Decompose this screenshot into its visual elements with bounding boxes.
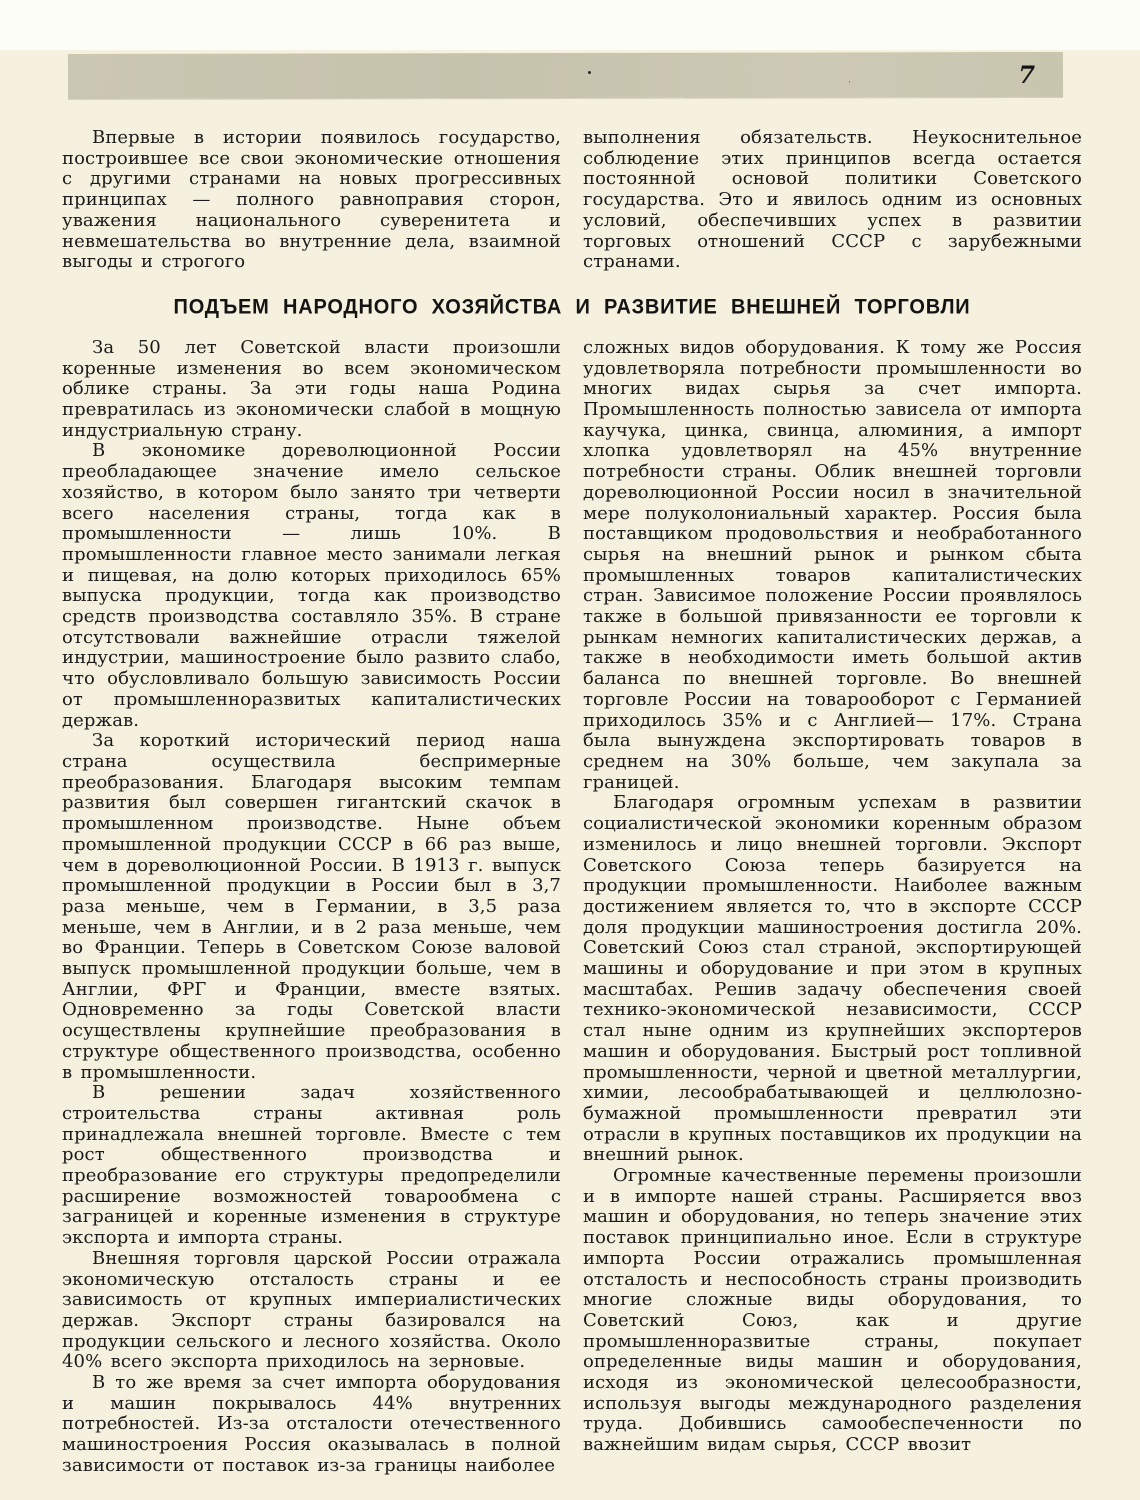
section-row: За 50 лет Советской власти произошли кор… (62, 338, 1082, 1477)
paragraph: За 50 лет Советской власти произошли кор… (62, 338, 561, 442)
scanned-book-page: { "page": { "number": "7" }, "intro": { … (0, 0, 1140, 1500)
page-content: Впервые в истории появилось государство,… (0, 0, 1140, 1477)
paragraph: выполнения обязательств. Неукоснительное… (583, 128, 1082, 273)
paragraph: За короткий исторический период наша стр… (62, 731, 561, 1083)
intro-right-column: выполнения обязательств. Неукоснительное… (583, 128, 1082, 273)
paragraph: Впервые в истории появилось государство,… (62, 128, 561, 273)
intro-row: Впервые в истории появилось государство,… (62, 128, 1082, 273)
paragraph: В решении задач хозяйственного строитель… (62, 1083, 561, 1249)
section-right-column: сложных видов оборудования. К тому же Ро… (583, 338, 1082, 1477)
paragraph: Благодаря огромным успехам в развитии со… (583, 793, 1082, 1166)
paragraph: сложных видов оборудования. К тому же Ро… (583, 338, 1082, 793)
intro-left-column: Впервые в истории появилось государство,… (62, 128, 561, 273)
paragraph: В то же время за счет импорта оборудован… (62, 1373, 561, 1477)
section-left-column: За 50 лет Советской власти произошли кор… (62, 338, 561, 1477)
paragraph: Огромные качественные перемены произошли… (583, 1166, 1082, 1456)
section-heading: ПОДЪЕМ НАРОДНОГО ХОЗЯЙСТВА И РАЗВИТИЕ ВН… (62, 295, 1082, 319)
paragraph: Внешняя торговля царской России отражала… (62, 1249, 561, 1373)
paragraph: В экономике дореволюционной России преоб… (62, 441, 561, 731)
